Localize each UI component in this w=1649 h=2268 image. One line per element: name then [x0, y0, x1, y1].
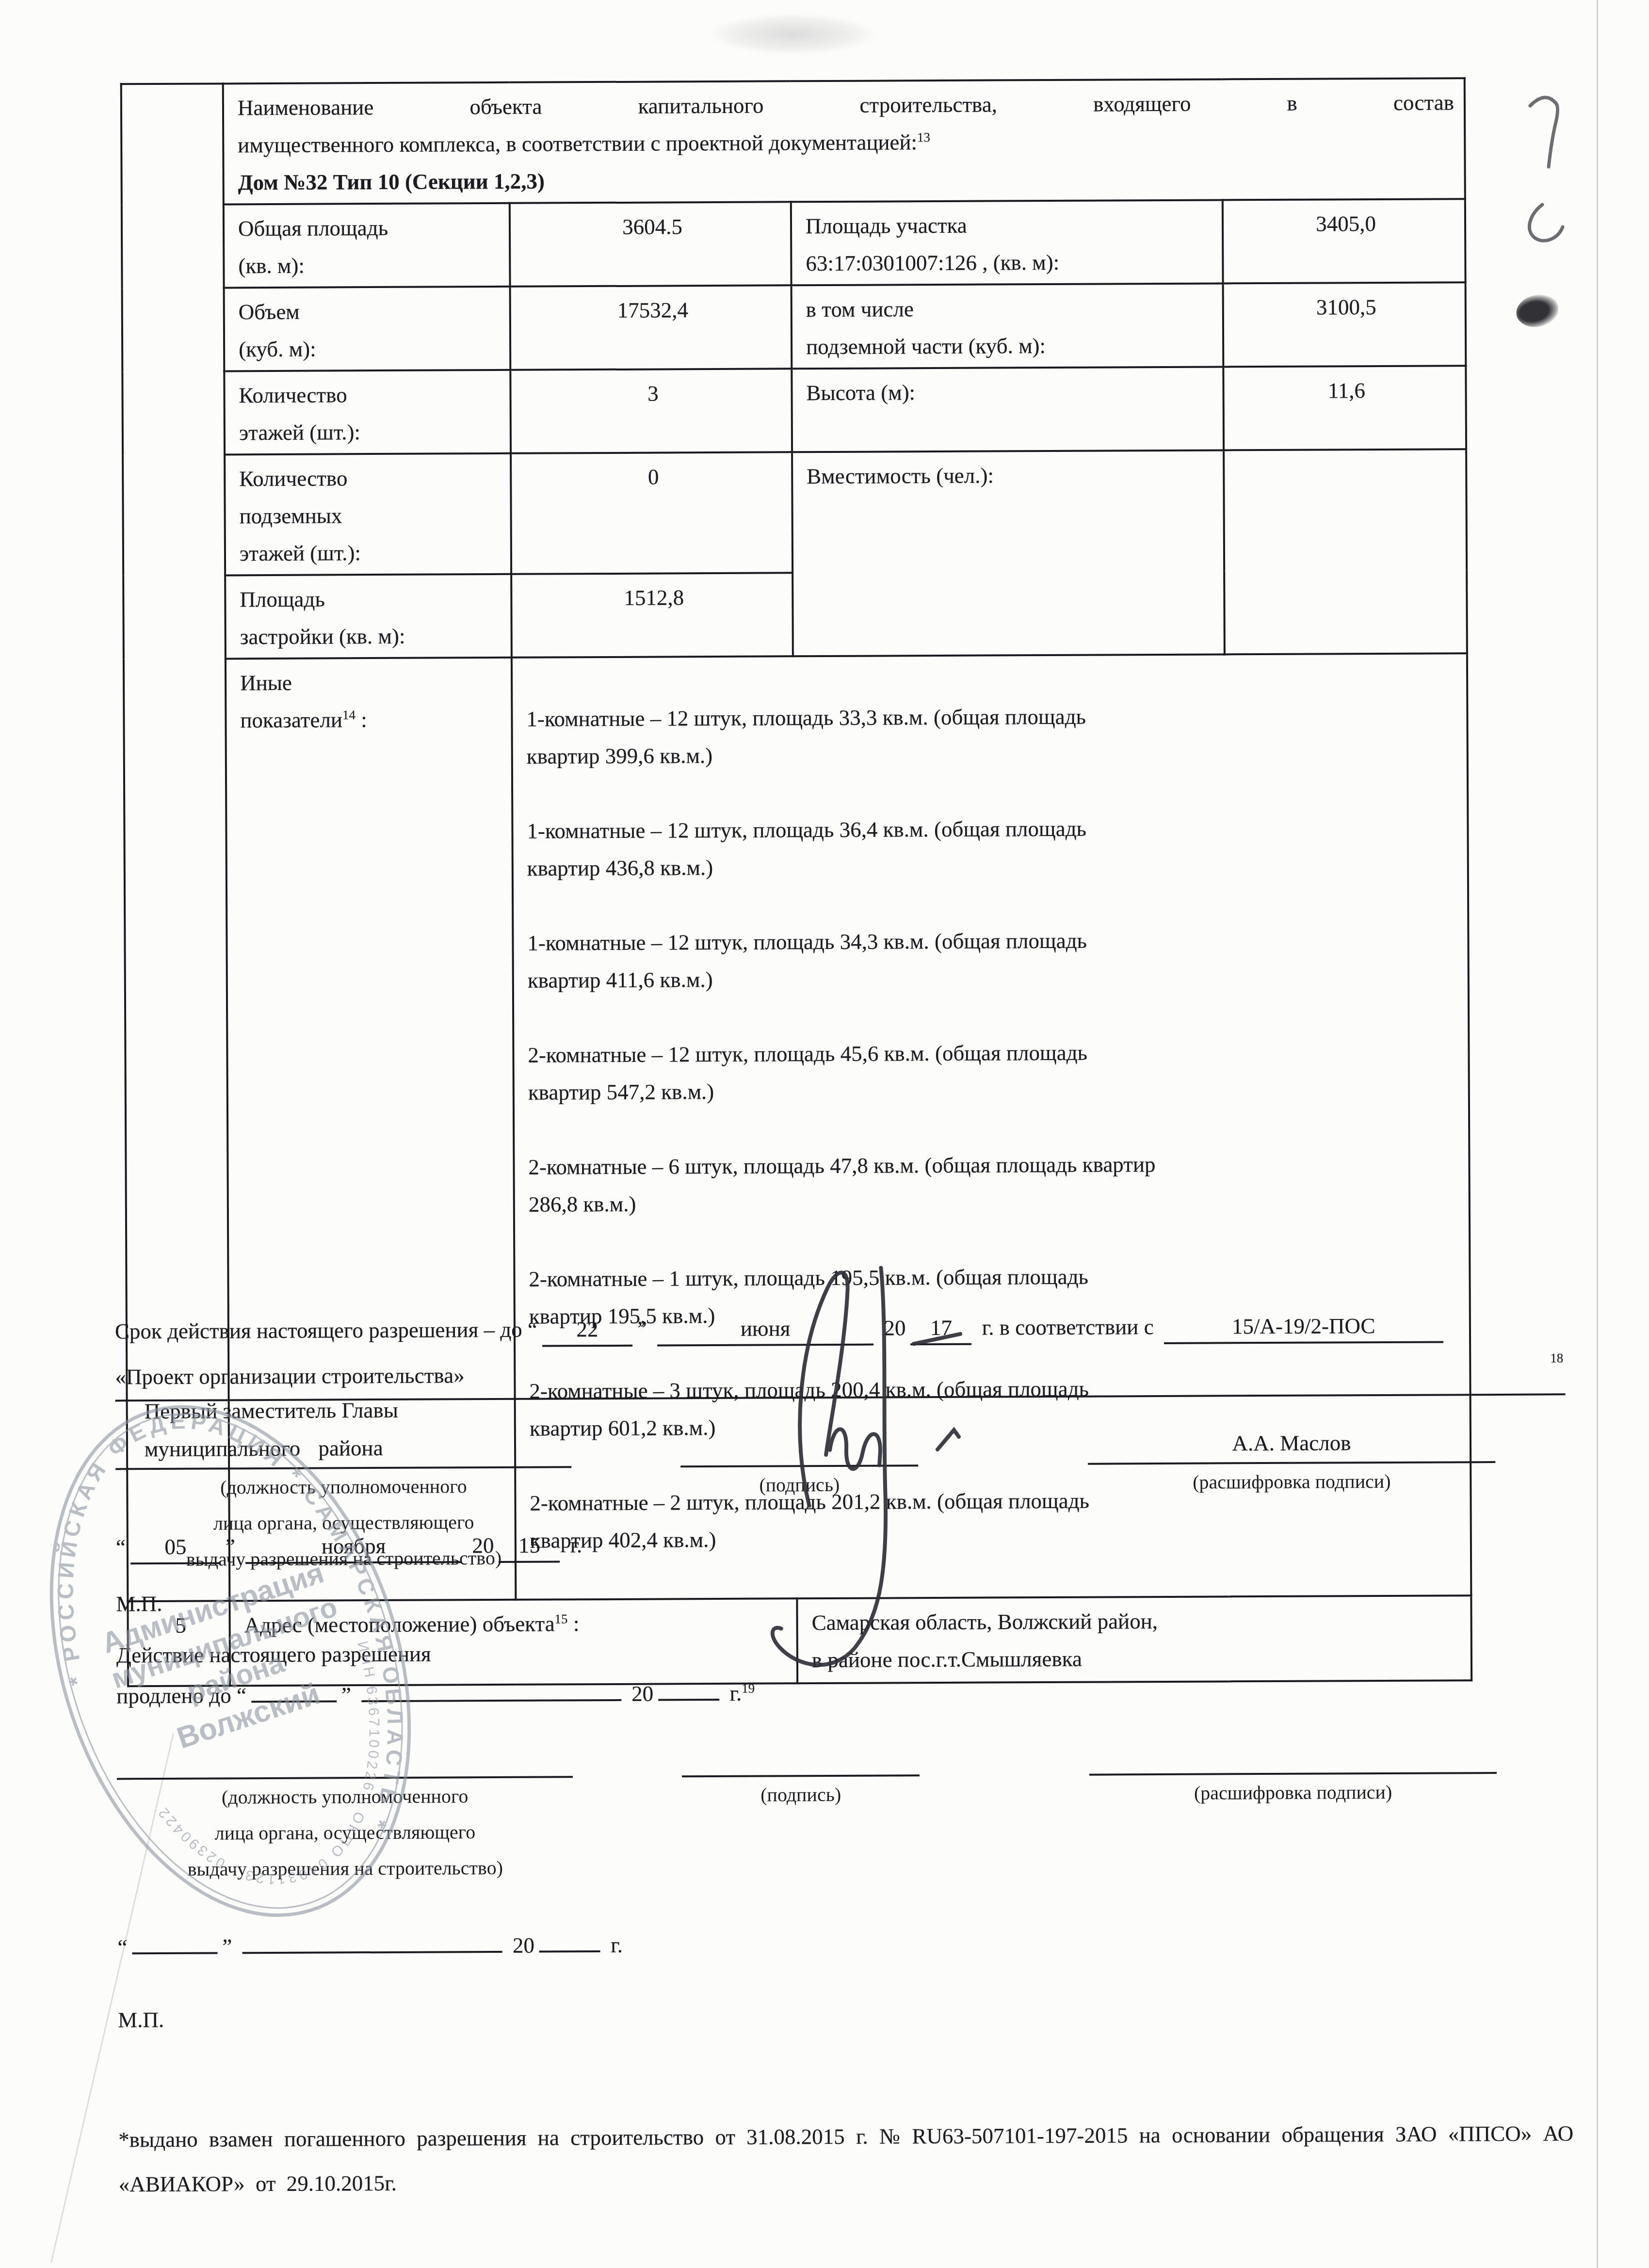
sign2-name-line — [1089, 1738, 1497, 1776]
footnote-14: 14 — [342, 708, 356, 722]
validity-prefix: Срок действия настоящего разрешения – до — [115, 1318, 522, 1344]
object-name: Дом №32 Тип 10 (Секции 1,2,3) — [238, 159, 1454, 201]
header-line1: Наименование объекта капитального строит… — [238, 84, 1454, 127]
apartment-item: 1-комнатные – 12 штук, площадь 34,3 кв.м… — [527, 920, 1458, 999]
metric-label-2: в том числе подземной части (куб. м): — [792, 283, 1224, 369]
metric-value-2: 3100,5 — [1223, 282, 1466, 367]
sign1-name: А.А. Маслов — [1087, 1386, 1495, 1465]
sign2-signature-label: (подпись) — [682, 1776, 920, 1813]
table-header-row: Наименование объекта капитального строит… — [121, 78, 1465, 205]
metric-value: 17532,4 — [510, 285, 792, 370]
header-cell: Наименование объекта капитального строит… — [223, 78, 1465, 204]
other-label-line2: показатели14 : — [240, 701, 501, 739]
date1-century: 20 — [472, 1533, 494, 1558]
metric-label: Объем (куб. м): — [224, 287, 511, 371]
document-content: Наименование объекта капитального строит… — [0, 0, 1649, 2268]
header-line2: имущественного комплекса, в соответствии… — [238, 121, 1454, 164]
metric-label: Количество этажей (шт.): — [224, 370, 511, 455]
apartment-item: 2-комнатные – 6 штук, площадь 47,8 кв.м.… — [528, 1144, 1459, 1223]
extension-year-blank — [658, 1699, 719, 1701]
validity-doc-blank: 15/А-19/2-ПОС — [1164, 1310, 1443, 1344]
table-row: Количество подземных этажей (шт.): 0 Вме… — [123, 449, 1467, 576]
scanned-permit-page: Наименование объекта капитального строит… — [0, 0, 1649, 2268]
metric-label: Общая площадь (кв. м): — [224, 203, 510, 288]
date1-year-blank: 15 — [499, 1529, 560, 1563]
sign2-name-label: (расшифровка подписи) — [1089, 1774, 1497, 1812]
metric-label: Площадь застройки (кв. м): — [225, 574, 512, 659]
handwritten-signature — [675, 1221, 1045, 1698]
table-row: Количество этажей (шт.): 3 Высота (м): 1… — [122, 366, 1466, 455]
metric-label-2: Высота (м): — [792, 367, 1224, 452]
date2-suffix: г. — [611, 1933, 623, 1957]
quote-open: “ — [528, 1318, 537, 1342]
sign2-signature-line — [682, 1740, 920, 1777]
apartment-item: 1-комнатные – 12 штук, площадь 33,3 кв.м… — [526, 696, 1457, 775]
extension-century: 20 — [631, 1682, 653, 1706]
metric-label-2: Площадь участка 63:17:0301007:126 , (кв.… — [791, 200, 1223, 285]
sign2-signature-column: (подпись) — [682, 1740, 920, 1813]
footer-note: *выдано взамен погашенного разрешения на… — [118, 2111, 1574, 2206]
date2-century: 20 — [513, 1933, 534, 1958]
metric-value: 1512,8 — [511, 573, 793, 658]
footnote-15: 15 — [554, 1611, 567, 1626]
metric-value-2 — [1224, 449, 1467, 654]
table-row: Общая площадь (кв. м): 3604.5 Площадь уч… — [122, 199, 1466, 288]
sign1-name-column: А.А. Маслов (расшифровка подписи) — [1087, 1386, 1495, 1501]
metric-value: 0 — [511, 452, 792, 574]
other-label-line1: Иные — [240, 663, 501, 702]
apartment-item: 1-комнатные – 12 штук, площадь 36,4 кв.м… — [527, 808, 1457, 887]
metric-label-2: Вместимость (чел.): — [792, 450, 1225, 656]
apartment-item: 2-комнатные – 12 штук, площадь 45,6 кв.м… — [528, 1032, 1458, 1111]
date2-year-blank — [539, 1950, 600, 1953]
footnote-18: 18 — [1550, 1351, 1563, 1365]
table-row: Объем (куб. м): 17532,4 в том числе подз… — [122, 282, 1466, 371]
sign2-name-column: (расшифровка подписи) — [1089, 1738, 1497, 1812]
quote-close: ” — [637, 1317, 647, 1341]
mp2-label: М.П. — [118, 2001, 164, 2039]
official-round-stamp: * РОССИЙСКАЯ ФЕДЕРАЦИЯ * САМАРСКАЯ ОБЛАС… — [11, 1369, 459, 1982]
metric-value-2: 11,6 — [1223, 366, 1466, 450]
validity-day-blank: 22 — [542, 1314, 632, 1347]
date1-suffix: г. — [570, 1533, 582, 1557]
sign1-name-label: (расшифровка подписи) — [1088, 1463, 1495, 1501]
metric-value: 3604.5 — [510, 202, 792, 287]
metric-value: 3 — [510, 369, 792, 453]
footnote-13: 13 — [917, 130, 930, 145]
metric-value-2: 3405,0 — [1223, 199, 1466, 283]
metric-label: Количество подземных этажей (шт.): — [225, 453, 511, 576]
